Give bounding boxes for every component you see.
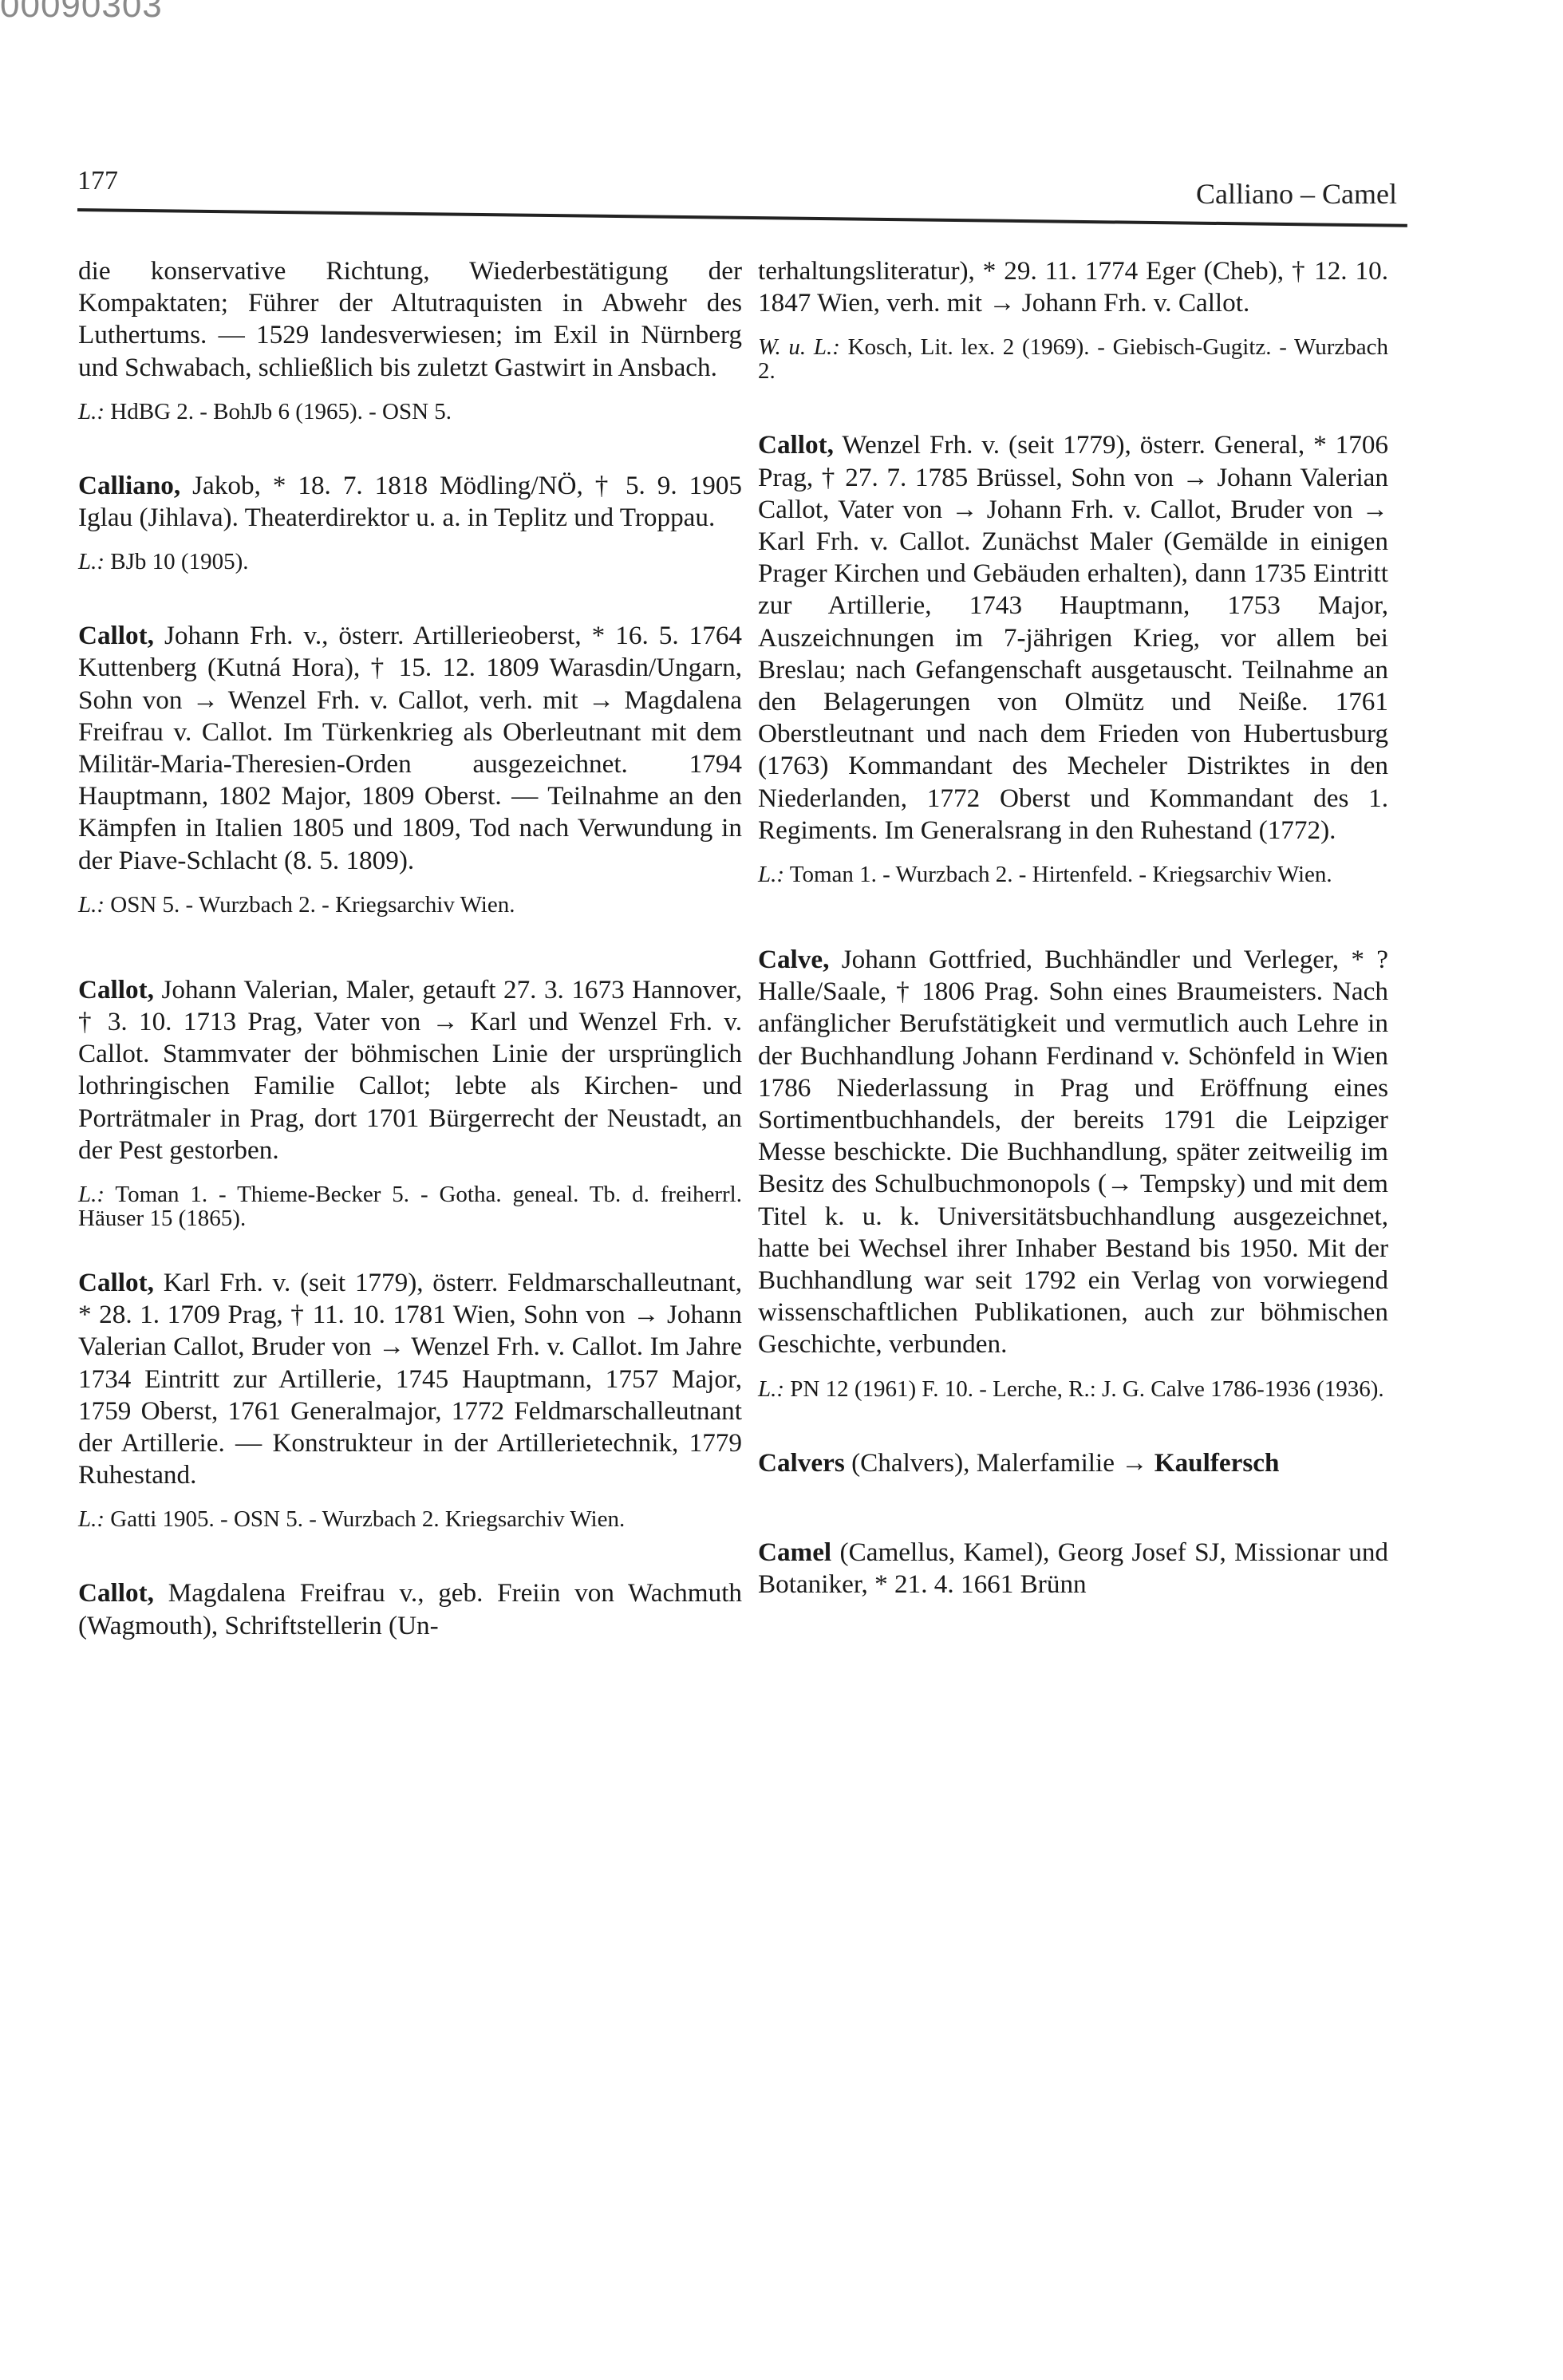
entry-lemma: Callot, — [78, 1578, 154, 1608]
entry-lemma: Calliano, — [78, 471, 180, 500]
entry-text: terhaltungsliteratur), * 29. 11. 1774 Eg… — [758, 255, 1388, 319]
entry-camel-georg-josef: Camel (Camellus, Kamel), Georg Josef SJ,… — [758, 1537, 1388, 1600]
literature-line: L.: Gatti 1905. - OSN 5. - Wurzbach 2. K… — [78, 1507, 742, 1531]
literature-line: L.: Toman 1. - Wurzbach 2. - Hirtenfeld.… — [758, 862, 1388, 886]
literature-text: HdBG 2. - BohJb 6 (1965). - OSN 5. — [110, 399, 452, 424]
entry-lemma: Callot, — [78, 1268, 154, 1297]
right-column: terhaltungsliteratur), * 29. 11. 1774 Eg… — [758, 255, 1388, 1600]
entry-text: Wenzel Frh. v. (seit 1779), österr. Gene… — [758, 430, 1388, 844]
entry-callot-wenzel: Callot, Wenzel Frh. v. (seit 1779), öste… — [758, 429, 1388, 886]
entry-text: die konservative Richtung, Wiederbestäti… — [78, 255, 742, 384]
entry-continuation: terhaltungsliteratur), * 29. 11. 1774 Eg… — [758, 255, 1388, 383]
literature-text: Toman 1. - Thieme-Becker 5. - Gotha. gen… — [78, 1182, 742, 1231]
running-head: Calliano – Camel — [1196, 177, 1397, 211]
entry-lemma: Calve, — [758, 945, 829, 974]
entry-continuation: die konservative Richtung, Wiederbestäti… — [78, 255, 742, 424]
entry-lemma: Callot, — [78, 975, 154, 1004]
literature-text: Gatti 1905. - OSN 5. - Wurzbach 2. Krieg… — [110, 1506, 625, 1532]
literature-text: PN 12 (1961) F. 10. - Lerche, R.: J. G. … — [790, 1376, 1383, 1402]
literature-line: W. u. L.: Kosch, Lit. lex. 2 (1969). - G… — [758, 335, 1388, 383]
entry-calvers: Calvers (Chalvers), Malerfamilie → Kaulf… — [758, 1447, 1388, 1479]
entry-lemma: Callot, — [758, 430, 834, 460]
literature-line: L.: BJb 10 (1905). — [78, 550, 742, 574]
entry-text: Magdalena Freifrau v., geb. Freiin von W… — [78, 1578, 742, 1640]
entry-callot-johann-valerian: Callot, Johann Valerian, Maler, getauft … — [78, 974, 742, 1230]
literature-text: OSN 5. - Wurzbach 2. - Kriegsarchiv Wien… — [110, 892, 515, 918]
entry-calve-johann-gottfried: Calve, Johann Gottfried, Buchhändler und… — [758, 944, 1388, 1401]
entry-text: Johann Frh. v., österr. Artillerieoberst… — [78, 621, 742, 874]
literature-text: Toman 1. - Wurzbach 2. - Hirtenfeld. - K… — [790, 862, 1332, 887]
literature-line: L.: PN 12 (1961) F. 10. - Lerche, R.: J.… — [758, 1377, 1388, 1401]
entry-text: (Chalvers), Malerfamilie → — [851, 1448, 1147, 1478]
entry-text: (Camellus, Kamel), Georg Josef SJ, Missi… — [758, 1537, 1388, 1599]
entry-calliano-jakob: Calliano, Jakob, * 18. 7. 1818 Mödling/N… — [78, 470, 742, 574]
literature-label: L.: — [78, 1182, 105, 1207]
entry-text: Johann Gottfried, Buchhändler und Verleg… — [758, 945, 1388, 1359]
entry-lemma: Camel — [758, 1537, 831, 1567]
literature-text: BJb 10 (1905). — [110, 549, 248, 574]
literature-label: L.: — [78, 549, 105, 574]
entry-callot-johann: Callot, Johann Frh. v., österr. Artiller… — [78, 620, 742, 917]
literature-line: L.: HdBG 2. - BohJb 6 (1965). - OSN 5. — [78, 400, 742, 424]
scan-id-watermark: 00090303 — [0, 0, 163, 26]
literature-label: W. u. L.: — [758, 334, 840, 360]
entry-callot-magdalena: Callot, Magdalena Freifrau v., geb. Frei… — [78, 1577, 742, 1641]
left-column: die konservative Richtung, Wiederbestäti… — [78, 255, 742, 1642]
page-number: 177 — [77, 166, 118, 196]
entry-callot-karl: Callot, Karl Frh. v. (seit 1779), österr… — [78, 1267, 742, 1531]
cross-reference-link[interactable]: Kaulfersch — [1154, 1448, 1280, 1478]
entry-text: Karl Frh. v. (seit 1779), österr. Feldma… — [78, 1268, 742, 1490]
literature-line: L.: Toman 1. - Thieme-Becker 5. - Gotha.… — [78, 1182, 742, 1230]
header-rule — [77, 208, 1407, 227]
literature-label: L.: — [758, 1376, 784, 1402]
entry-text: Johann Valerian, Maler, getauft 27. 3. 1… — [78, 975, 742, 1165]
entry-lemma: Calvers — [758, 1448, 845, 1478]
literature-line: L.: OSN 5. - Wurzbach 2. - Kriegsarchiv … — [78, 893, 742, 917]
literature-label: L.: — [78, 399, 105, 424]
entry-lemma: Callot, — [78, 621, 154, 650]
literature-label: L.: — [78, 1506, 105, 1532]
literature-label: L.: — [78, 892, 105, 918]
literature-label: L.: — [758, 862, 784, 887]
literature-text: Kosch, Lit. lex. 2 (1969). - Giebisch-Gu… — [758, 334, 1388, 384]
